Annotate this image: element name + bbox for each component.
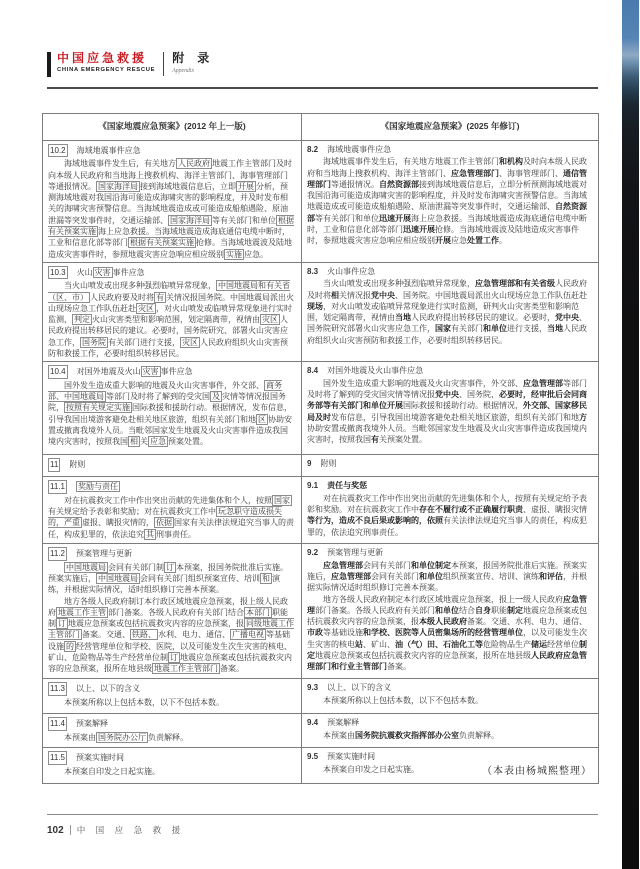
section-title: 对国外地震及火山事件应急: [327, 366, 423, 375]
changed-text-boxed: 灾害: [141, 366, 161, 377]
changed-text-bold: 责任与奖惩: [327, 481, 367, 490]
magazine-page: 中国应急救援 CHINA EMERGENCY RESCUE 附 录 Append…: [0, 0, 640, 869]
section-number: 9.3: [307, 682, 318, 693]
paragraph: 本预案所称以上包括本数，以下不包括本数。: [307, 695, 592, 706]
changed-text-boxed: 及: [210, 391, 222, 402]
changed-text-bold: 开展: [435, 236, 451, 245]
changed-text-bold: 市政: [307, 628, 323, 637]
footer-rule: [47, 814, 598, 815]
section-title: 责任与奖惩: [327, 481, 367, 490]
changed-text-boxed: 国务院: [80, 337, 108, 348]
changed-text-bold: 制定: [507, 606, 523, 615]
cell-right-9: 9附则: [302, 455, 599, 477]
cell-left-11.5: 11.5预案实施时间本预案自印发之日起实施。: [43, 748, 302, 784]
paragraph: 应急管理部会同有关部门和单位制定本预案，报国务院批准后实施。预案实施后，应急管理…: [307, 560, 592, 594]
section-number: 9.2: [307, 547, 318, 558]
cell-left-11.3: 11.3以上、以下的含义本预案所称以上包括本数，以下不包括本数。: [43, 679, 302, 714]
changed-text-bold: 本级人民政府: [419, 617, 467, 626]
section-title: 预案管理与更新: [76, 549, 132, 558]
section-title: 海域地震事件应急: [77, 146, 141, 155]
changed-text-boxed: 其: [144, 529, 156, 540]
changed-text-bold: 处置工作: [467, 236, 499, 245]
table-header-row: 《国家地震应急预案》(2012 年上一版) 《国家地震应急预案》(2025 年修…: [43, 114, 599, 141]
section-title: 预案实施时间: [76, 753, 124, 762]
changed-text-boxed: 订: [56, 618, 68, 629]
changed-text-boxed: 的: [64, 641, 76, 652]
changed-text-boxed: 灾区: [260, 314, 280, 325]
section-title: 预案解释: [76, 719, 108, 728]
header-rule: [47, 87, 598, 89]
changed-text-bold: 和学校、医院等人员密集场所的经营管理单位: [363, 628, 523, 637]
section-number: 9.4: [307, 717, 318, 728]
changed-text-bold: 和单位: [483, 324, 507, 333]
changed-text-boxed: 有: [154, 292, 166, 303]
paragraph: 当火山喷发或出现多种强烈临喷异常现象，应急管理部和有关省级人民政府及时将相关情况…: [307, 278, 592, 346]
changed-text-bold: 一: [515, 595, 523, 604]
page-footer: 102 中 国 应 急 救 援: [47, 824, 184, 836]
section-label: 附 录: [172, 52, 214, 65]
changed-text-boxed: 开展: [236, 181, 256, 192]
table-row: 10.4对国外地震及火山灾害事件应急国外发生造成重大影响的地震及火山灾害事件，外…: [43, 362, 599, 455]
changed-text-boxed: 铁路、: [130, 629, 158, 640]
changed-text-boxed: 本部门: [244, 607, 272, 618]
paragraph: 对在抗震救灾工作中作出突出贡献的先进集体和个人，按照国家有关规定给予表彰和奖励；…: [48, 495, 295, 540]
changed-text-boxed: 依据: [154, 517, 174, 528]
changed-text-boxed: 根据有关预案实施: [128, 237, 196, 248]
comparison-table-body: 10.2海域地震事件应急海域地震事件发生后，有关地方人民政府地震工作主管部门及时…: [43, 141, 599, 784]
section-title: 预案管理与更新: [327, 548, 383, 557]
cell-left-11.2: 11.2预案管理与更新中国地震局会同有关部门制订本预案，报国务院批准后实施。预案…: [43, 544, 302, 679]
paragraph: 国外发生造成重大影响的地震及火山灾害事件，外交部、商务部、中国地震局等部门及时将…: [48, 380, 295, 448]
changed-text-bold: 国务院抗震救灾指挥部办公室: [355, 731, 459, 740]
changed-text-bold: 站: [355, 640, 363, 649]
page-number: 102: [47, 825, 64, 836]
section-title: 奖励与责任: [76, 481, 120, 492]
changed-text-bold: 等行为，造成不良后果或影响的，依照: [307, 516, 443, 525]
brand-logo-block: 中国应急救援 CHINA EMERGENCY RESCUE: [57, 52, 155, 73]
changed-text-boxed: 国务院办公厅: [96, 732, 148, 743]
changed-text-boxed: 灾区: [136, 303, 156, 314]
changed-text-bold: 和单位: [419, 572, 443, 581]
paragraph: 对在抗震救灾工作中作出突出贡献的先进集体和个人，按照有关规定给予表彰和奖励。对在…: [307, 493, 592, 538]
cell-right-9.4: 9.4预案解释本预案由国务院抗震救灾指挥部办公室负责解释。: [302, 714, 599, 748]
changed-text-boxed: 应急: [148, 436, 168, 447]
changed-text-boxed: 中国地震局: [64, 562, 108, 573]
paragraph: 本预案由国务院办公厅负责解释。: [48, 732, 295, 743]
changed-text-boxed: 订: [168, 652, 180, 663]
changed-text-bold: 油（气）田、石油化工等: [395, 640, 483, 649]
footer-brand: 中 国 应 急 救 援: [77, 824, 185, 836]
paragraph: 海域地震事件发生后，有关地方地震工作主管部门和机构及时向本级人民政府和当地海上搜…: [307, 156, 592, 246]
section-number: 8.4: [307, 365, 318, 376]
section-title: 以上、以下的含义: [327, 683, 391, 692]
comparison-table: 《国家地震应急预案》(2012 年上一版) 《国家地震应急预案》(2025 年修…: [42, 113, 599, 784]
changed-text-bold: 应急管理部门: [451, 169, 499, 178]
changed-text-bold: 自身: [475, 606, 491, 615]
section-title: 预案实施时间: [327, 752, 375, 761]
table-row: 11.1奖励与责任对在抗震救灾工作中作出突出贡献的先进集体和个人，按照国家有关规…: [43, 477, 599, 544]
section-number: 11.2: [48, 547, 67, 560]
changed-text-bold: 有: [371, 435, 379, 444]
paragraph: 本预案由国务院抗震救灾指挥部办公室负责解释。: [307, 730, 592, 741]
changed-text-boxed: 人民政府: [176, 158, 212, 169]
changed-text-boxed: 广播电视: [230, 629, 266, 640]
changed-text-bold: 党中央: [435, 390, 459, 399]
cell-left-11: 11附则: [43, 455, 302, 477]
section-number: 11: [48, 458, 60, 471]
changed-text-bold: 当地: [547, 324, 563, 333]
table-row: 11附则9附则: [43, 455, 599, 477]
changed-text-bold: 应急管理部: [323, 561, 363, 570]
changed-text-bold: 方: [579, 413, 587, 422]
section-label-block: 附 录 Appendix: [172, 52, 214, 74]
section-number: 10.2: [48, 144, 68, 157]
changed-text-boxed: 国家: [272, 495, 292, 506]
changed-text-boxed: 国家海洋局: [96, 181, 140, 192]
table-row: 11.4预案解释本预案由国务院办公厅负责解释。9.4预案解释本预案由国务院抗震救…: [43, 714, 599, 748]
changed-text-bold: 国家: [435, 324, 451, 333]
changed-text-bold: 和机构: [499, 157, 523, 166]
cell-right-8.3: 8.3火山事件应急当火山喷发或出现多种强烈临喷异常现象，应急管理部和有关省级人民…: [302, 262, 599, 361]
table-row: 11.3以上、以下的含义本预案所称以上包括本数，以下不包括本数。9.3以上、以下…: [43, 679, 599, 714]
cell-left-10.3: 10.3火山灾害事件应急当火山喷发或出现多种强烈临喷异常现象，中国地震局和有关省…: [43, 262, 302, 361]
changed-text-bold: 和评估: [539, 572, 563, 581]
changed-text-boxed: 和: [260, 573, 272, 584]
section-number: 11.1: [48, 480, 67, 493]
changed-text-bold: 储运: [531, 640, 547, 649]
changed-text-bold: 现场: [307, 302, 323, 311]
cell-left-11.1: 11.1奖励与责任对在抗震救灾工作中作出突出贡献的先进集体和个人，按照国家有关规…: [43, 477, 302, 544]
cell-left-10.4: 10.4对国外地震及火山灾害事件应急国外发生造成重大影响的地震及火山灾害事件，外…: [43, 362, 302, 455]
changed-text-boxed: 实施: [224, 249, 244, 260]
section-title: 附则: [320, 459, 336, 468]
paragraph: 地方各级人民政府制定本行政区域地震应急预案，报上一级人民政府应急管理部门备案。各…: [307, 594, 592, 673]
changed-text-bold: 和单位制定: [411, 561, 451, 570]
changed-text-bold: 党中央: [555, 313, 579, 322]
section-title: 火山灾害事件应急: [77, 267, 145, 278]
changed-text-bold: 相: [331, 291, 339, 300]
cell-right-8.4: 8.4对国外地震及火山事件应急国外发生造成重大影响的地震及火山灾害事件，外交部、…: [302, 362, 599, 455]
cell-right-9.2: 9.2预案管理与更新应急管理部会同有关部门和单位制定本预案，报国务院批准后实施。…: [302, 544, 599, 679]
brand-accent-bar: [47, 52, 51, 77]
section-number: 8.2: [307, 144, 318, 155]
changed-text-boxed: 判定: [72, 314, 92, 325]
changed-text-bold: 应急管理部和有关省级: [475, 279, 555, 288]
cell-left-11.4: 11.4预案解释本预案由国务院办公厅负责解释。: [43, 714, 302, 748]
paragraph: 本预案自印发之日起实施。: [48, 766, 295, 777]
changed-text-boxed: 地震工作主管: [56, 607, 108, 618]
revision-note: （本表由杨城熙整理）: [482, 762, 592, 777]
changed-text-boxed: 灾害: [93, 267, 113, 278]
table-row: 10.2海域地震事件应急海域地震事件发生后，有关地方人民政府地震工作主管部门及时…: [43, 141, 599, 263]
table-row: 11.2预案管理与更新中国地震局会同有关部门制订本预案，报国务院批准后实施。预案…: [43, 544, 599, 679]
changed-text-boxed: 订: [164, 562, 176, 573]
changed-text-bold: 自然资源部: [379, 180, 419, 189]
section-number: 8.3: [307, 266, 318, 277]
table-header-right: 《国家地震应急预案》(2025 年修订): [302, 114, 599, 141]
paragraph: 本预案所称以上包括本数，以下不包括本数。: [48, 697, 295, 708]
brand-title: 中国应急救援: [57, 52, 155, 65]
section-number: 11.4: [48, 717, 67, 730]
section-title: 预案解释: [327, 718, 359, 727]
paragraph: 国外发生造成重大影响的地震及火山灾害事件，外交部、应急管理部等部门及时将了解到的…: [307, 378, 592, 446]
table-row: 10.3火山灾害事件应急当火山喷发或出现多种强烈临喷异常现象，中国地震局和有关省…: [43, 262, 599, 361]
paragraph: 中国地震局会同有关部门制订本预案，报国务院批准后实施。预案实施后，中国地震局会同…: [48, 562, 295, 596]
changed-text-bold: 当地: [395, 313, 411, 322]
section-number: 11.5: [48, 751, 67, 764]
section-number: 9.1: [307, 480, 318, 491]
section-title: 火山事件应急: [327, 267, 375, 276]
section-number: 9.5: [307, 751, 318, 762]
section-title: 附则: [69, 460, 85, 469]
paragraph: 海域地震事件发生后，有关地方人民政府地震工作主管部门及时向本级人民政府和当地海上…: [48, 158, 295, 260]
paragraph: 当火山喷发或出现多种强烈临喷异常现象，中国地震局和有关省（区、市）人民政府要及时…: [48, 280, 295, 359]
header-divider: [163, 52, 164, 76]
changed-text-boxed: 灾区: [180, 337, 200, 348]
changed-text-bold: 存在不履行或不正确履行职责: [419, 505, 523, 514]
section-sublabel: Appendix: [172, 68, 214, 74]
changed-text-boxed: 地震工作主管部门: [152, 663, 220, 674]
cell-right-8.2: 8.2海域地震事件应急海域地震事件发生后，有关地方地震工作主管部门和机构及时向本…: [302, 141, 599, 263]
section-number: 9: [307, 458, 311, 469]
page-header: 中国应急救援 CHINA EMERGENCY RESCUE 附 录 Append…: [47, 52, 214, 77]
section-title: 以上、以下的含义: [76, 684, 140, 693]
cell-left-10.2: 10.2海域地震事件应急海域地震事件发生后，有关地方人民政府地震工作主管部门及时…: [43, 141, 302, 263]
paragraph: 地方各级人民政府制订本行政区域地震应急预案，报上级人民政府地震工作主管部门备案。…: [48, 596, 295, 675]
changed-text-bold: 迅速开展: [403, 225, 435, 234]
changed-text-bold: 应急管理部: [523, 379, 563, 388]
section-number: 11.3: [48, 682, 67, 695]
cell-right-9.1: 9.1责任与奖惩对在抗震救灾工作中作出突出贡献的先进集体和个人，按照有关规定给予…: [302, 477, 599, 544]
changed-text-boxed: 中国地震局: [96, 573, 140, 584]
changed-text-boxed: 国家海洋局: [168, 215, 212, 226]
changed-text-bold: 迅速开展: [379, 214, 411, 223]
section-title: 对国外地震及火山灾害事件应急: [77, 366, 193, 377]
section-title: 海域地震事件应急: [327, 145, 391, 154]
changed-text-boxed: 相: [128, 436, 140, 447]
changed-text-bold: 和单位: [435, 606, 459, 615]
cell-right-9.3: 9.3以上、以下的含义本预案所称以上包括本数，以下不包括本数。: [302, 679, 599, 714]
page-edge-photo-strip: [622, 0, 639, 869]
changed-text-bold: 党中央: [371, 291, 395, 300]
changed-text-boxed: 奖励与责任: [76, 481, 120, 492]
changed-text-boxed: 区: [256, 414, 268, 425]
changed-text-bold: 应急管理部: [331, 572, 371, 581]
changed-text-boxed: 按照有关规定实施: [64, 402, 132, 413]
footer-divider: [70, 825, 71, 835]
section-number: 10.4: [48, 365, 68, 378]
brand-subtitle: CHINA EMERGENCY RESCUE: [57, 67, 155, 73]
table-header-left: 《国家地震应急预案》(2012 年上一版): [43, 114, 302, 141]
section-number: 10.3: [48, 266, 68, 279]
